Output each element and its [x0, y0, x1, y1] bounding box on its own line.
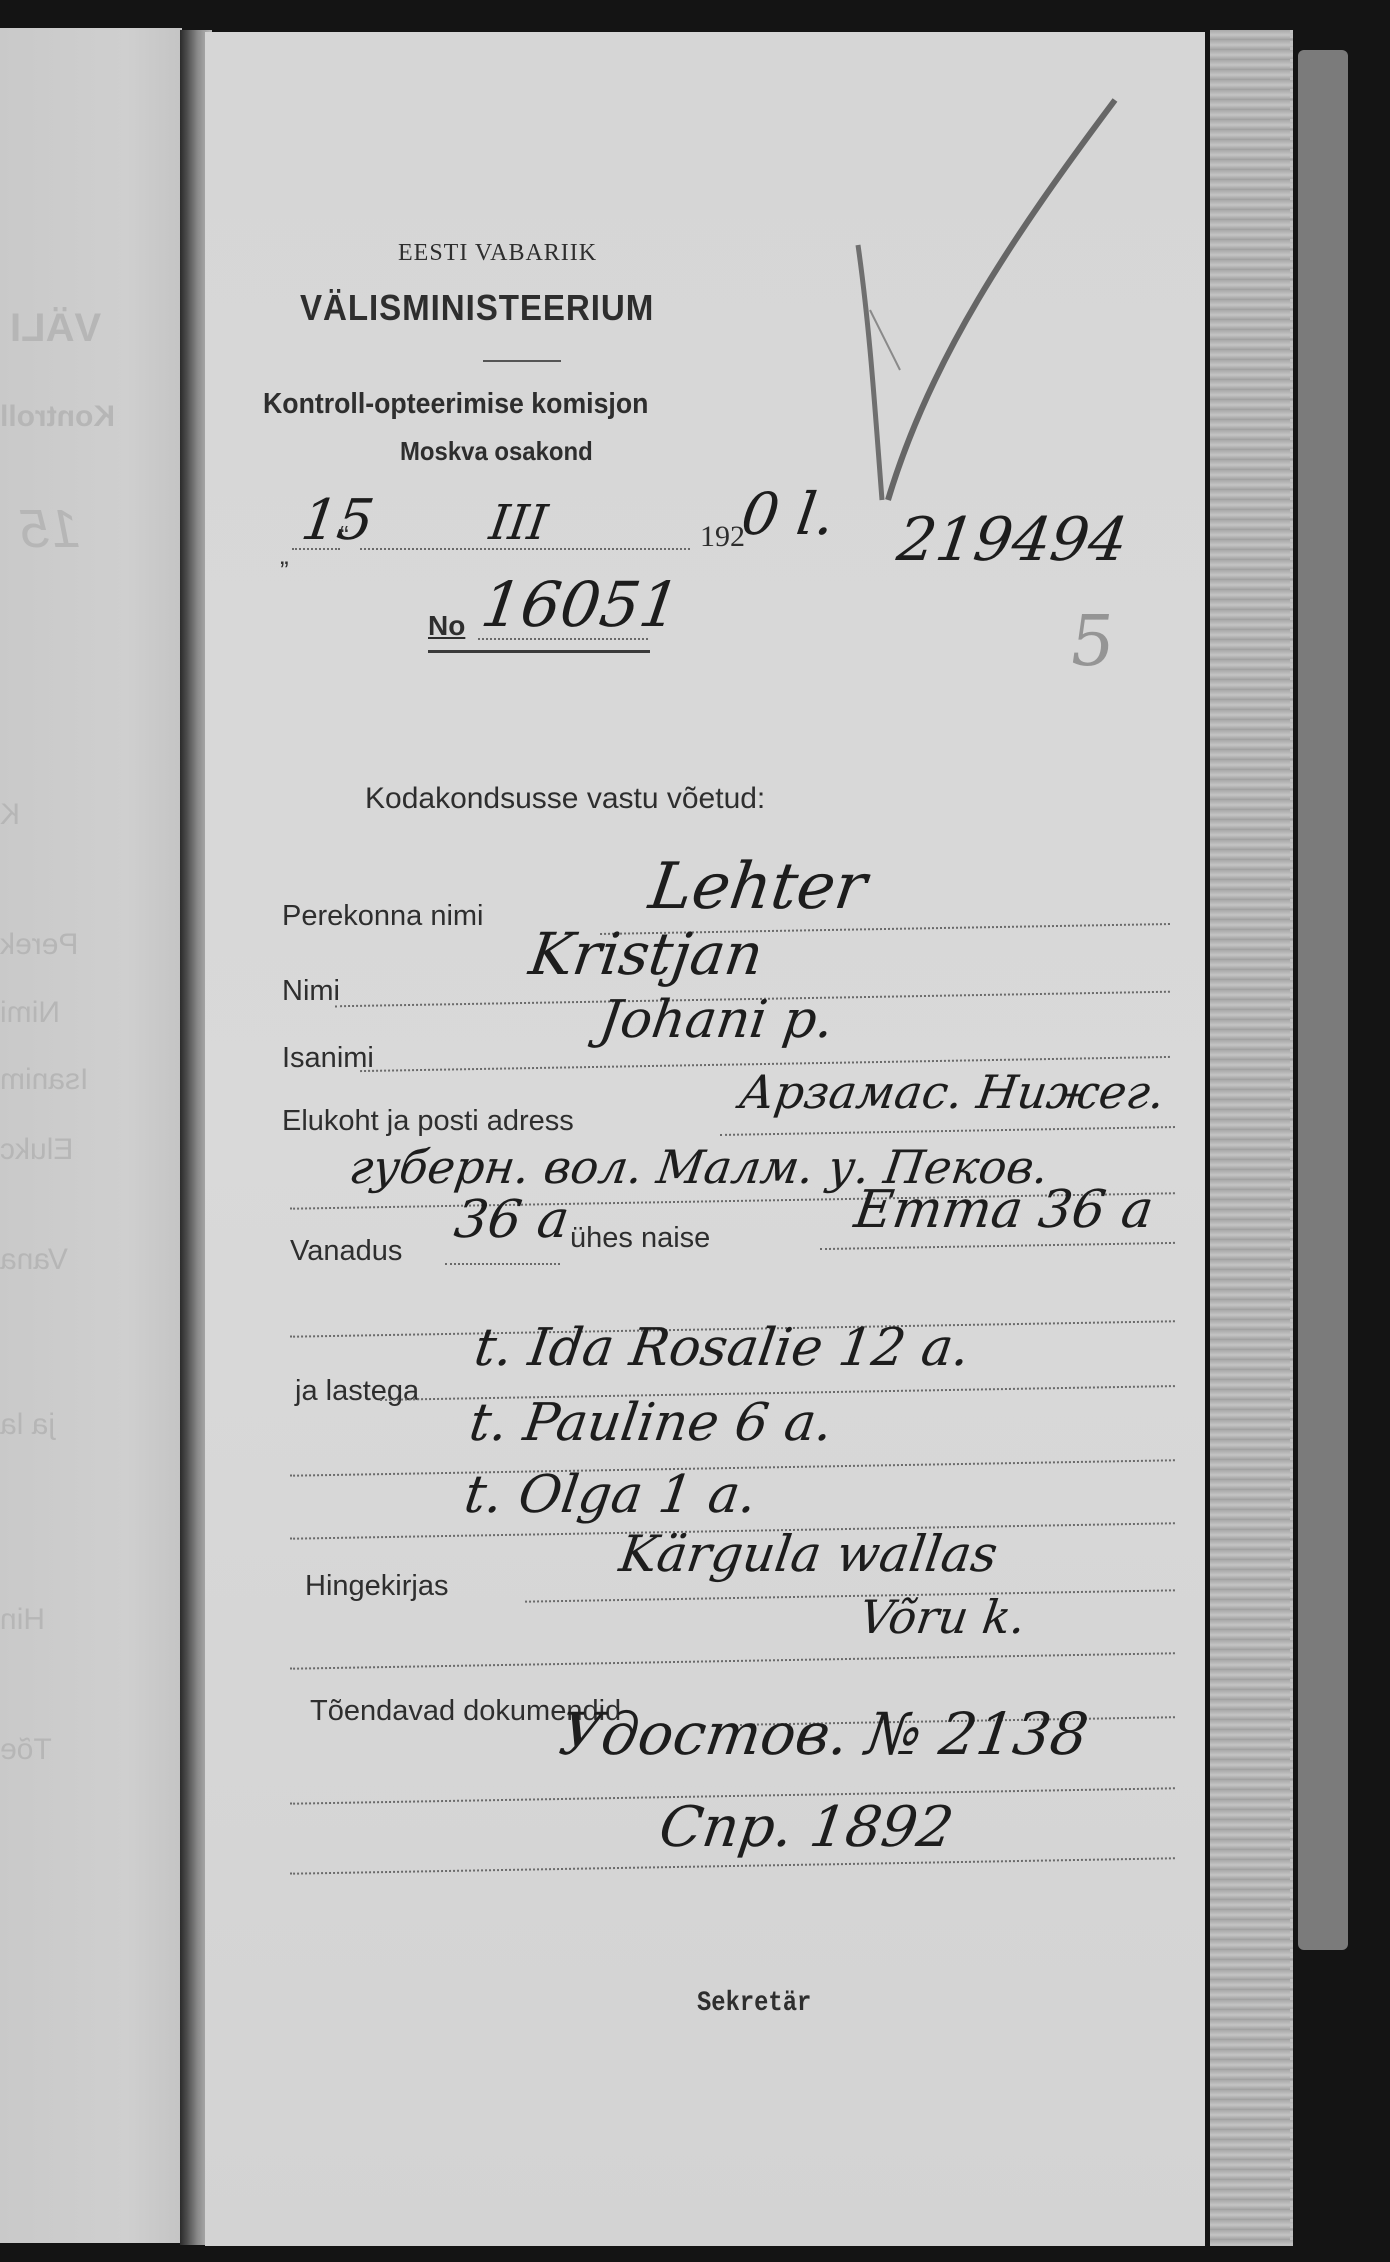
number-value: 16051	[477, 568, 684, 641]
secretary-label: Sekretär	[697, 1988, 811, 2019]
commission-name: Kontroll-opteerimise komisjon	[263, 388, 648, 421]
age-label: Vanadus	[290, 1235, 402, 1268]
documents-value: Удостов. № 2138	[555, 1700, 1092, 1768]
document-content: EESTI VABARIIK VÄLISMINISTEERIUM Kontrol…	[0, 0, 1390, 2262]
number-label: No	[428, 610, 465, 642]
department-name: Moskva osakond	[400, 436, 593, 467]
child-1: t. Ida Rosalie 12 a.	[471, 1318, 974, 1378]
date-day: 15	[297, 488, 377, 553]
surname-label: Perekonna nimi	[282, 900, 484, 933]
documents-value-2: Спр. 1892	[655, 1795, 957, 1860]
registry-value-2: Võru k.	[856, 1590, 1029, 1644]
first-name-value: Kristjan	[525, 920, 767, 988]
address-value: Арзамас. Нижег.	[736, 1065, 1168, 1119]
spouse-label: ühes naise	[570, 1222, 710, 1255]
registry-line	[525, 1589, 1175, 1602]
children-label: ja lastega	[295, 1375, 419, 1408]
stamp-number: 219494	[893, 505, 1132, 575]
patronymic-value: Johani p.	[596, 990, 838, 1050]
registry-line-2	[290, 1652, 1175, 1669]
date-year-hand: 0 l.	[737, 480, 839, 548]
age-line	[445, 1263, 560, 1265]
number-underline	[428, 650, 650, 653]
child-3: t. Olga 1 a.	[461, 1465, 761, 1525]
header-divider	[483, 360, 561, 362]
age-value: 36 a	[451, 1190, 573, 1250]
address-line	[720, 1126, 1175, 1136]
spouse-line	[820, 1242, 1175, 1250]
date-close-quote: “	[340, 520, 349, 551]
surname-value: Lehter	[645, 850, 871, 924]
date-month: III	[486, 495, 551, 551]
date-open-quote: „	[280, 540, 289, 571]
registry-value: Kärgula wallas	[616, 1525, 1001, 1583]
address-label: Elukoht ja posti adress	[282, 1105, 574, 1138]
registry-label: Hingekirjas	[305, 1570, 448, 1603]
form-intro: Kodakondsusse vastu võetud:	[365, 782, 765, 816]
country-name: EESTI VABARIIK	[398, 240, 597, 267]
ministry-title: VÄLISMINISTEERIUM	[300, 287, 654, 329]
first-name-label: Nimi	[282, 975, 340, 1008]
child-2: t. Pauline 6 a.	[466, 1393, 837, 1453]
spouse-value: Emma 36 a	[851, 1180, 1157, 1240]
